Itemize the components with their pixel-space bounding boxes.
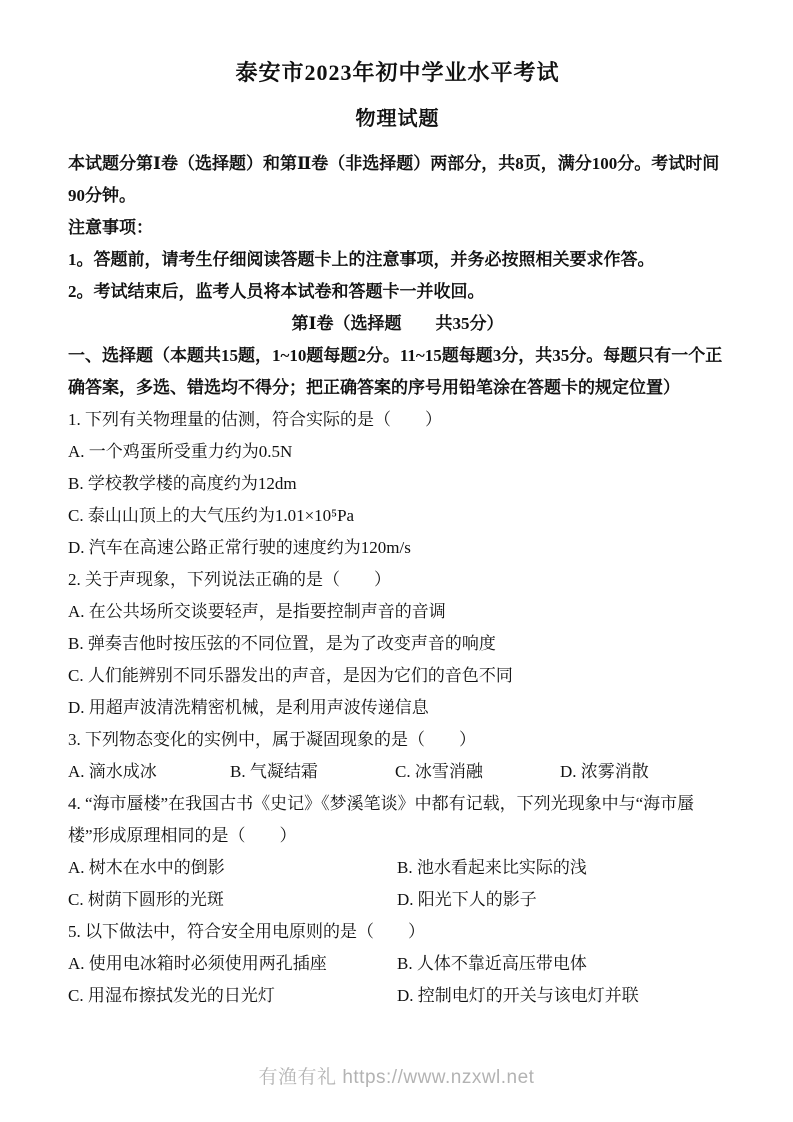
question-4-option-d: D. 阳光下人的影子 [397, 884, 727, 916]
question-2-option-a: A. 在公共场所交谈要轻声，是指要控制声音的音调 [68, 596, 727, 628]
watermark-footer: 有渔有礼 https://www.nzxwl.net [0, 1064, 793, 1092]
question-4: 4. “海市蜃楼”在我国古书《史记》《梦溪笔谈》中都有记载，下列光现象中与“海市… [68, 788, 727, 916]
question-2: 2. 关于声现象，下列说法正确的是（ ） A. 在公共场所交谈要轻声，是指要控制… [68, 564, 727, 724]
question-2-option-d: D. 用超声波清洗精密机械，是利用声波传递信息 [68, 692, 727, 724]
question-3: 3. 下列物态变化的实例中，属于凝固现象的是（ ） A. 滴水成冰 B. 气凝结… [68, 724, 727, 788]
question-2-option-c: C. 人们能辨别不同乐器发出的声音，是因为它们的音色不同 [68, 660, 727, 692]
question-1-option-c: C. 泰山山顶上的大气压约为1.01×10⁵Pa [68, 500, 727, 532]
question-4-stem: 4. “海市蜃楼”在我国古书《史记》《梦溪笔谈》中都有记载，下列光现象中与“海市… [68, 788, 727, 852]
question-2-stem: 2. 关于声现象，下列说法正确的是（ ） [68, 564, 727, 596]
note-item-1: 1。答题前，请考生仔细阅读答题卡上的注意事项，并务必按照相关要求作答。 [68, 244, 727, 276]
question-3-stem: 3. 下列物态变化的实例中，属于凝固现象的是（ ） [68, 724, 727, 756]
question-5-stem: 5. 以下做法中，符合安全用电原则的是（ ） [68, 916, 727, 948]
question-4-option-c: C. 树荫下圆形的光斑 [68, 884, 397, 916]
question-1-option-a: A. 一个鸡蛋所受重力约为0.5N [68, 436, 727, 468]
note-item-2: 2。考试结束后，监考人员将本试卷和答题卡一并收回。 [68, 276, 727, 308]
question-5: 5. 以下做法中，符合安全用电原则的是（ ） A. 使用电冰箱时必须使用两孔插座… [68, 916, 727, 1012]
question-1-option-b: B. 学校教学楼的高度约为12dm [68, 468, 727, 500]
page-title: 泰安市2023年初中学业水平考试 [68, 56, 727, 90]
exam-intro-paragraph: 本试题分第Ⅰ卷（选择题）和第Ⅱ卷（非选择题）两部分，共8页，满分100分。考试时… [68, 148, 727, 212]
question-4-option-a: A. 树木在水中的倒影 [68, 852, 397, 884]
section-1-heading: 第Ⅰ卷（选择题 共35分） [68, 308, 727, 340]
question-1: 1. 下列有关物理量的估测，符合实际的是（ ） A. 一个鸡蛋所受重力约为0.5… [68, 404, 727, 564]
question-3-option-a: A. 滴水成冰 [68, 756, 230, 788]
exam-paper-page: 泰安市2023年初中学业水平考试 物理试题 本试题分第Ⅰ卷（选择题）和第Ⅱ卷（非… [0, 0, 793, 1122]
question-2-option-b: B. 弹奏吉他时按压弦的不同位置，是为了改变声音的响度 [68, 628, 727, 660]
question-3-option-d: D. 浓雾消散 [560, 756, 727, 788]
question-5-option-b: B. 人体不靠近高压带电体 [397, 948, 727, 980]
question-5-option-c: C. 用湿布擦拭发光的日光灯 [68, 980, 397, 1012]
question-5-option-a: A. 使用电冰箱时必须使用两孔插座 [68, 948, 397, 980]
page-subtitle: 物理试题 [68, 102, 727, 136]
part-1-instructions: 一、选择题（本题共15题，1~10题每题2分。11~15题每题3分，共35分。每… [68, 340, 727, 404]
question-5-options-grid: A. 使用电冰箱时必须使用两孔插座 B. 人体不靠近高压带电体 C. 用湿布擦拭… [68, 948, 727, 1012]
question-4-options-grid: A. 树木在水中的倒影 B. 池水看起来比实际的浅 C. 树荫下圆形的光斑 D.… [68, 852, 727, 916]
page-content: 泰安市2023年初中学业水平考试 物理试题 本试题分第Ⅰ卷（选择题）和第Ⅱ卷（非… [0, 0, 793, 1012]
question-3-option-b: B. 气凝结霜 [230, 756, 395, 788]
question-3-options-row: A. 滴水成冰 B. 气凝结霜 C. 冰雪消融 D. 浓雾消散 [68, 756, 727, 788]
question-4-option-b: B. 池水看起来比实际的浅 [397, 852, 727, 884]
question-5-option-d: D. 控制电灯的开关与该电灯并联 [397, 980, 727, 1012]
question-3-option-c: C. 冰雪消融 [395, 756, 560, 788]
notes-heading: 注意事项： [68, 212, 727, 244]
question-1-option-d: D. 汽车在高速公路正常行驶的速度约为120m/s [68, 532, 727, 564]
question-1-stem: 1. 下列有关物理量的估测，符合实际的是（ ） [68, 404, 727, 436]
